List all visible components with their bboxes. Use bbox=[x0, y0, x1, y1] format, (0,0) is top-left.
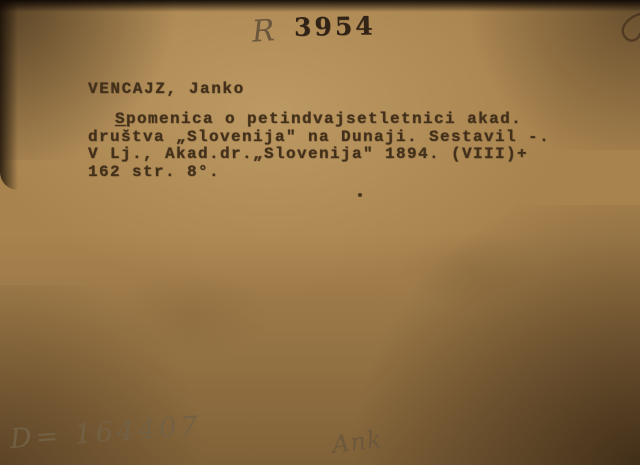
inventory-number-handwritten: D= 164407 bbox=[9, 411, 203, 455]
card-left-edge-shadow bbox=[0, 0, 18, 190]
underlined-initial: S bbox=[115, 110, 126, 128]
call-number-letter: R bbox=[251, 13, 276, 49]
corner-pen-mark-icon bbox=[614, 8, 640, 52]
catalog-card-photo: R 3954 VENCAJZ, Janko Spomenica o petind… bbox=[0, 0, 640, 465]
entry-line-1: Spomenica o petindvajsetletnici akad. bbox=[88, 111, 550, 129]
initials-handwritten: Ank bbox=[330, 425, 383, 459]
entry-line-1-text: pomenica o petindvajsetletnici akad. bbox=[126, 110, 522, 128]
card-top-edge-shadow bbox=[0, 0, 640, 12]
call-number-value: 3954 bbox=[294, 11, 376, 41]
stray-ink-dot bbox=[358, 193, 362, 197]
paper-stain bbox=[400, 230, 540, 310]
paper-stain bbox=[110, 270, 270, 360]
entry-line-2: društva „Slovenija" na Dunaji. Sestavil … bbox=[88, 129, 550, 147]
entry-line-3: V Lj., Akad.dr.„Slovenija" 1894. (VIII)+ bbox=[88, 146, 550, 164]
vignette-bottom-right bbox=[280, 205, 640, 465]
author-heading: VENCAJZ, Janko bbox=[88, 80, 245, 98]
entry-line-4: 162 str. 8°. bbox=[88, 164, 550, 182]
bibliographic-entry: Spomenica o petindvajsetletnici akad. dr… bbox=[88, 111, 550, 181]
